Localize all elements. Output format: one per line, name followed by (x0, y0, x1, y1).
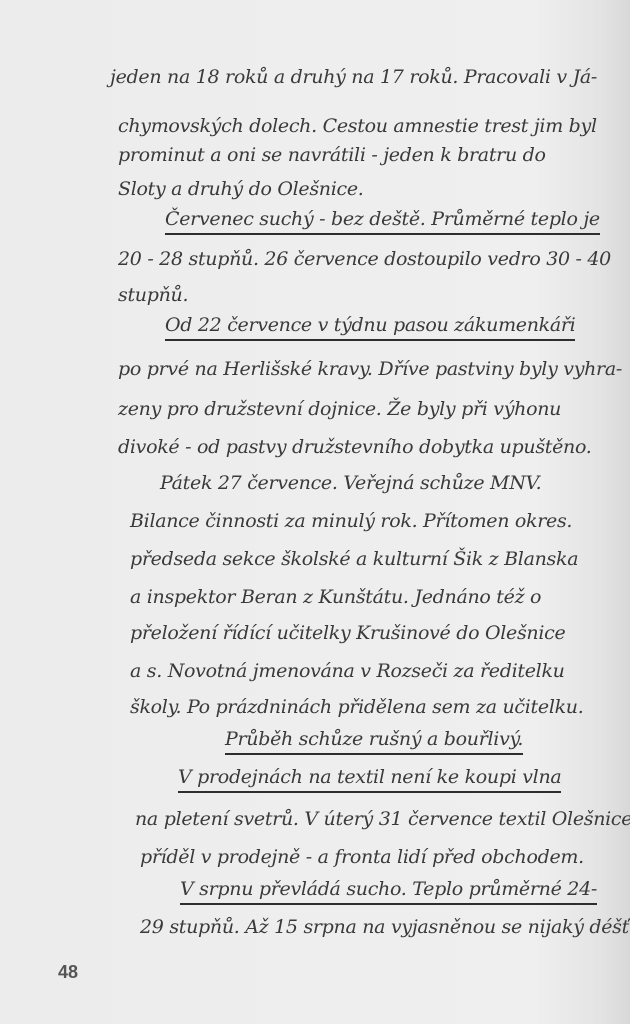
text-line: stupňů. (118, 284, 188, 306)
text-line: jeden na 18 roků a druhý na 17 roků. Pra… (110, 66, 597, 88)
text-line-underlined: Průběh schůze rušný a bouřlivý. (225, 728, 523, 755)
text-line: předseda sekce školské a kulturní Šik z … (130, 548, 578, 570)
text-line: prominut a oni se navrátili - jeden k br… (118, 144, 546, 166)
text-line: Sloty a druhý do Olešnice. (118, 178, 364, 200)
text-line: a s. Novotná jmenována v Rozseči za ředi… (130, 660, 565, 682)
handwritten-page: jeden na 18 roků a druhý na 17 roků. Pra… (0, 0, 630, 1024)
text-line-underlined: V prodejnách na textil není ke koupi vln… (178, 766, 561, 793)
text-line: zeny pro družstevní dojnice. Že byly při… (118, 398, 561, 420)
text-line: příděl v prodejně - a fronta lidí před o… (140, 846, 584, 868)
text-line: a inspektor Beran z Kunštátu. Jednáno té… (130, 586, 541, 608)
text-line: přeložení řídící učitelky Krušinové do O… (130, 622, 565, 644)
text-line: 20 - 28 stupňů. 26 července dostoupilo v… (118, 248, 611, 270)
text-line: divoké - od pastvy družstevního dobytka … (118, 436, 592, 458)
text-line-underlined: Červenec suchý - bez deště. Průměrné tep… (165, 208, 600, 235)
text-line: 29 stupňů. Až 15 srpna na vyjasněnou se … (140, 916, 629, 938)
text-line-underlined: Od 22 července v týdnu pasou zákumenkáři (165, 314, 575, 341)
text-line: školy. Po prázdninách přidělena sem za u… (130, 696, 584, 718)
text-line: na pletení svetrů. V úterý 31 července t… (135, 808, 630, 830)
text-line: po prvé na Herlišské kravy. Dříve pastvi… (118, 358, 622, 380)
text-line: chymovských dolech. Cestou amnestie tres… (118, 115, 597, 137)
text-line-underlined: V srpnu převládá sucho. Teplo průměrné 2… (180, 878, 597, 905)
page-number: 48 (58, 962, 78, 983)
text-line: Bilance činnosti za minulý rok. Přítomen… (130, 510, 572, 532)
text-line: Pátek 27 července. Veřejná schůze MNV. (160, 472, 541, 494)
